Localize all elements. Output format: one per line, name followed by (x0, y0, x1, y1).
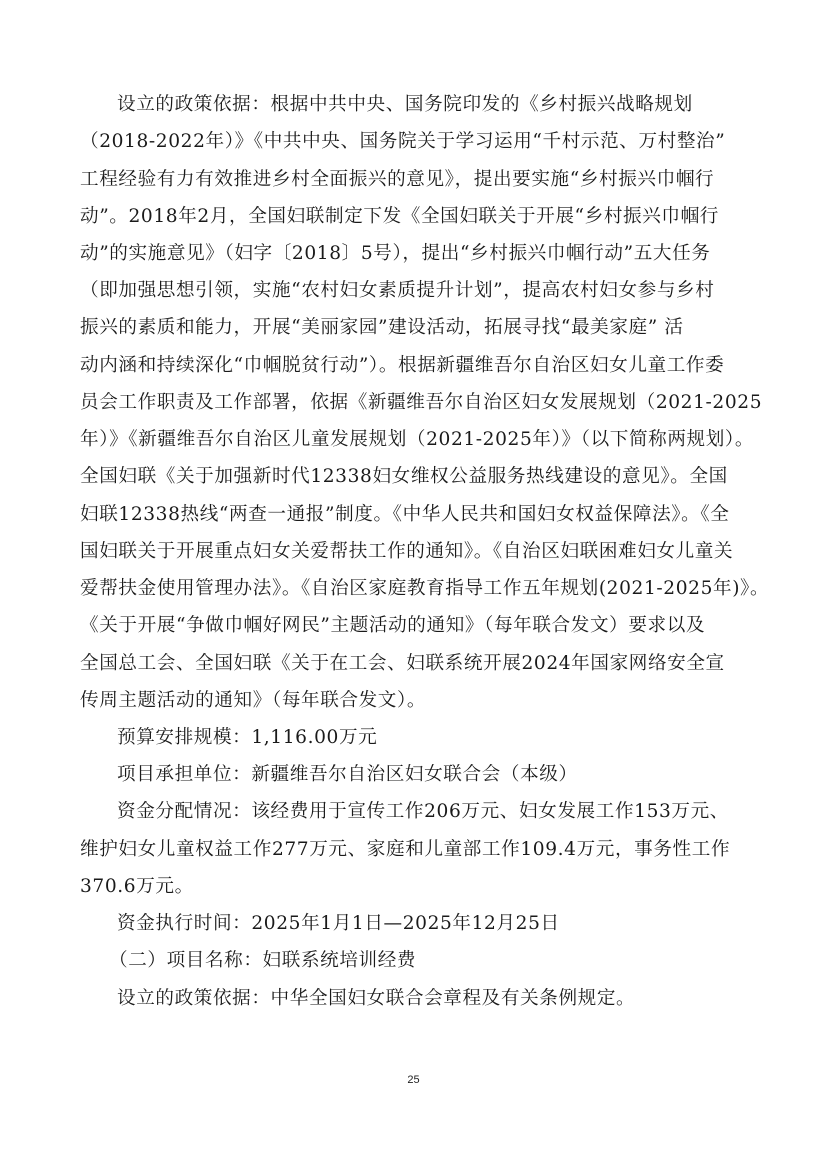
fund-allocation-line: 维护妇女儿童权益工作277万元、家庭和儿童部工作109.4万元，事务性工作 (80, 838, 760, 862)
execution-time: 资金执行时间：2025年1月1日—2025年12月25日 (117, 912, 760, 936)
body-text-line: 妇联12338热线“两查一通报”制度。《中华人民共和国妇女权益保障法》。《全 (80, 503, 760, 527)
undertaking-unit: 项目承担单位：新疆维吾尔自治区妇女联合会（本级） (117, 763, 760, 787)
fund-allocation-line: 资金分配情况：该经费用于宣传工作206万元、妇女发展工作153万元、 (117, 800, 760, 824)
body-text-line: 动内涵和持续深化“巾帼脱贫行动”）。根据新疆维吾尔自治区妇女儿童工作委 (80, 354, 760, 378)
body-text-line: （即加强思想引领，实施“农村妇女素质提升计划”，提高农村妇女参与乡村 (80, 279, 760, 303)
body-text-line: 《关于开展“争做巾帼好网民”主题活动的通知》（每年联合发文）要求以及 (80, 614, 760, 638)
body-text-line: 传周主题活动的通知》（每年联合发文）。 (80, 689, 760, 713)
body-text-line: 工程经验有力有效推进乡村全面振兴的意见》，提出要实施“乡村振兴巾帼行 (80, 168, 760, 192)
body-text-line: 动”的实施意见》（妇字〔2018〕5号），提出“乡村振兴巾帼行动”五大任务 (80, 242, 760, 266)
document-page: 设立的政策依据：根据中共中央、国务院印发的《乡村振兴战略规划 （2018-202… (0, 0, 827, 1170)
body-text-line: 全国妇联《关于加强新时代12338妇女维权公益服务热线建设的意见》。全国 (80, 465, 760, 489)
page-number: 25 (0, 1074, 827, 1086)
body-text-line: 国妇联关于开展重点妇女关爱帮扶工作的通知》。《自治区妇联困难妇女儿童关 (80, 540, 760, 564)
body-text-line: 振兴的素质和能力，开展“美丽家园”建设活动，拓展寻找“最美家庭” 活 (80, 316, 760, 340)
body-text-line: 员会工作职责及工作部署，依据《新疆维吾尔自治区妇女发展规划（2021-2025 (80, 391, 760, 415)
body-text-line: 年）》《新疆维吾尔自治区儿童发展规划（2021-2025年）》（以下简称两规划）… (80, 428, 760, 452)
section-heading-project-2: （二）项目名称：妇联系统培训经费 (109, 949, 789, 973)
body-text-line: 动”。2018年2月，全国妇联制定下发《全国妇联关于开展“乡村振兴巾帼行 (80, 205, 760, 229)
body-text-line: （2018-2022年）》《中共中央、国务院关于学习运用“千村示范、万村整治” (80, 130, 760, 154)
body-text-line: 设立的政策依据：根据中共中央、国务院印发的《乡村振兴战略规划 (117, 93, 760, 117)
budget-scale: 预算安排规模：1,116.00万元 (117, 726, 760, 750)
body-text-line: 爱帮扶金使用管理办法》。《自治区家庭教育指导工作五年规划(2021-2025年)… (80, 577, 760, 601)
fund-allocation-line: 370.6万元。 (80, 875, 760, 899)
body-text-line: 全国总工会、全国妇联《关于在工会、妇联系统开展2024年国家网络安全宣 (80, 652, 760, 676)
project-2-policy-basis: 设立的政策依据：中华全国妇女联合会章程及有关条例规定。 (117, 987, 760, 1011)
